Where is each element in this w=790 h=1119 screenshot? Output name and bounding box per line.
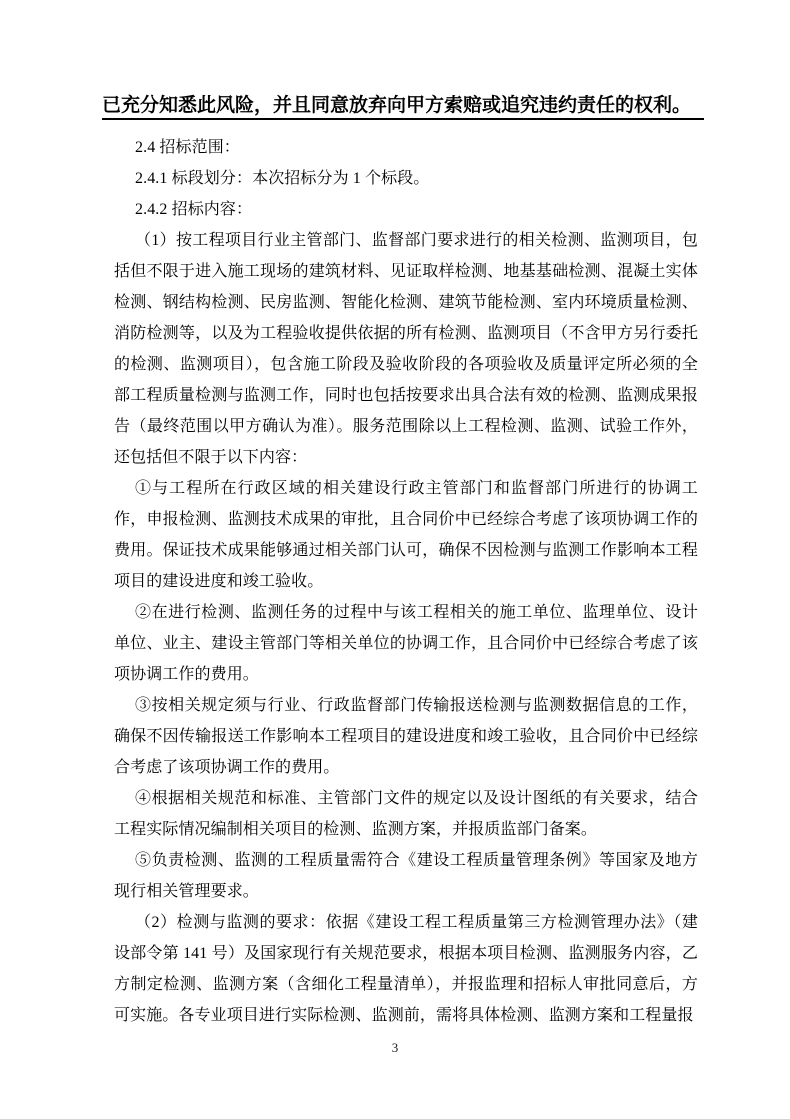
document-content: 已充分知悉此风险，并且同意放弃向甲方索赔或追究违约责任的权利。 2.4 招标范围… <box>114 94 698 1031</box>
paragraph: ④根据相关规范和标准、主管部门文件的规定以及设计图纸的有关要求，结合工程实际情况… <box>114 783 698 845</box>
paragraph: ③按相关规定须与行业、行政监督部门传输报送检测与监测数据信息的工作，确保不因传输… <box>114 690 698 783</box>
paragraph: （1）按工程项目行业主管部门、监督部门要求进行的相关检测、监测项目，包括但不限于… <box>114 225 698 473</box>
paragraph: 2.4.1 标段划分：本次招标分为 1 个标段。 <box>114 163 698 194</box>
paragraph: ①与工程所在行政区域的相关建设行政主管部门和监督部门所进行的协调工作，申报检测、… <box>114 473 698 597</box>
paragraph: （2）检测与监测的要求：依据《建设工程工程质量第三方检测管理办法》（建设部令第 … <box>114 907 698 1031</box>
paragraph: 2.4.2 招标内容： <box>114 194 698 225</box>
page-number: 3 <box>0 1038 790 1058</box>
paragraph: 2.4 招标范围： <box>114 132 698 163</box>
paragraph: ⑤负责检测、监测的工程质量需符合《建设工程质量管理条例》等国家及地方现行相关管理… <box>114 845 698 907</box>
paragraph: ②在进行检测、监测任务的过程中与该工程相关的施工单位、监理单位、设计单位、业主、… <box>114 597 698 690</box>
underlined-bold-heading: 已充分知悉此风险，并且同意放弃向甲方索赔或追究违约责任的权利。 <box>102 94 704 120</box>
paragraph-list: 2.4 招标范围：2.4.1 标段划分：本次招标分为 1 个标段。2.4.2 招… <box>114 132 698 1031</box>
document-page: 已充分知悉此风险，并且同意放弃向甲方索赔或追究违约责任的权利。 2.4 招标范围… <box>0 0 790 1119</box>
